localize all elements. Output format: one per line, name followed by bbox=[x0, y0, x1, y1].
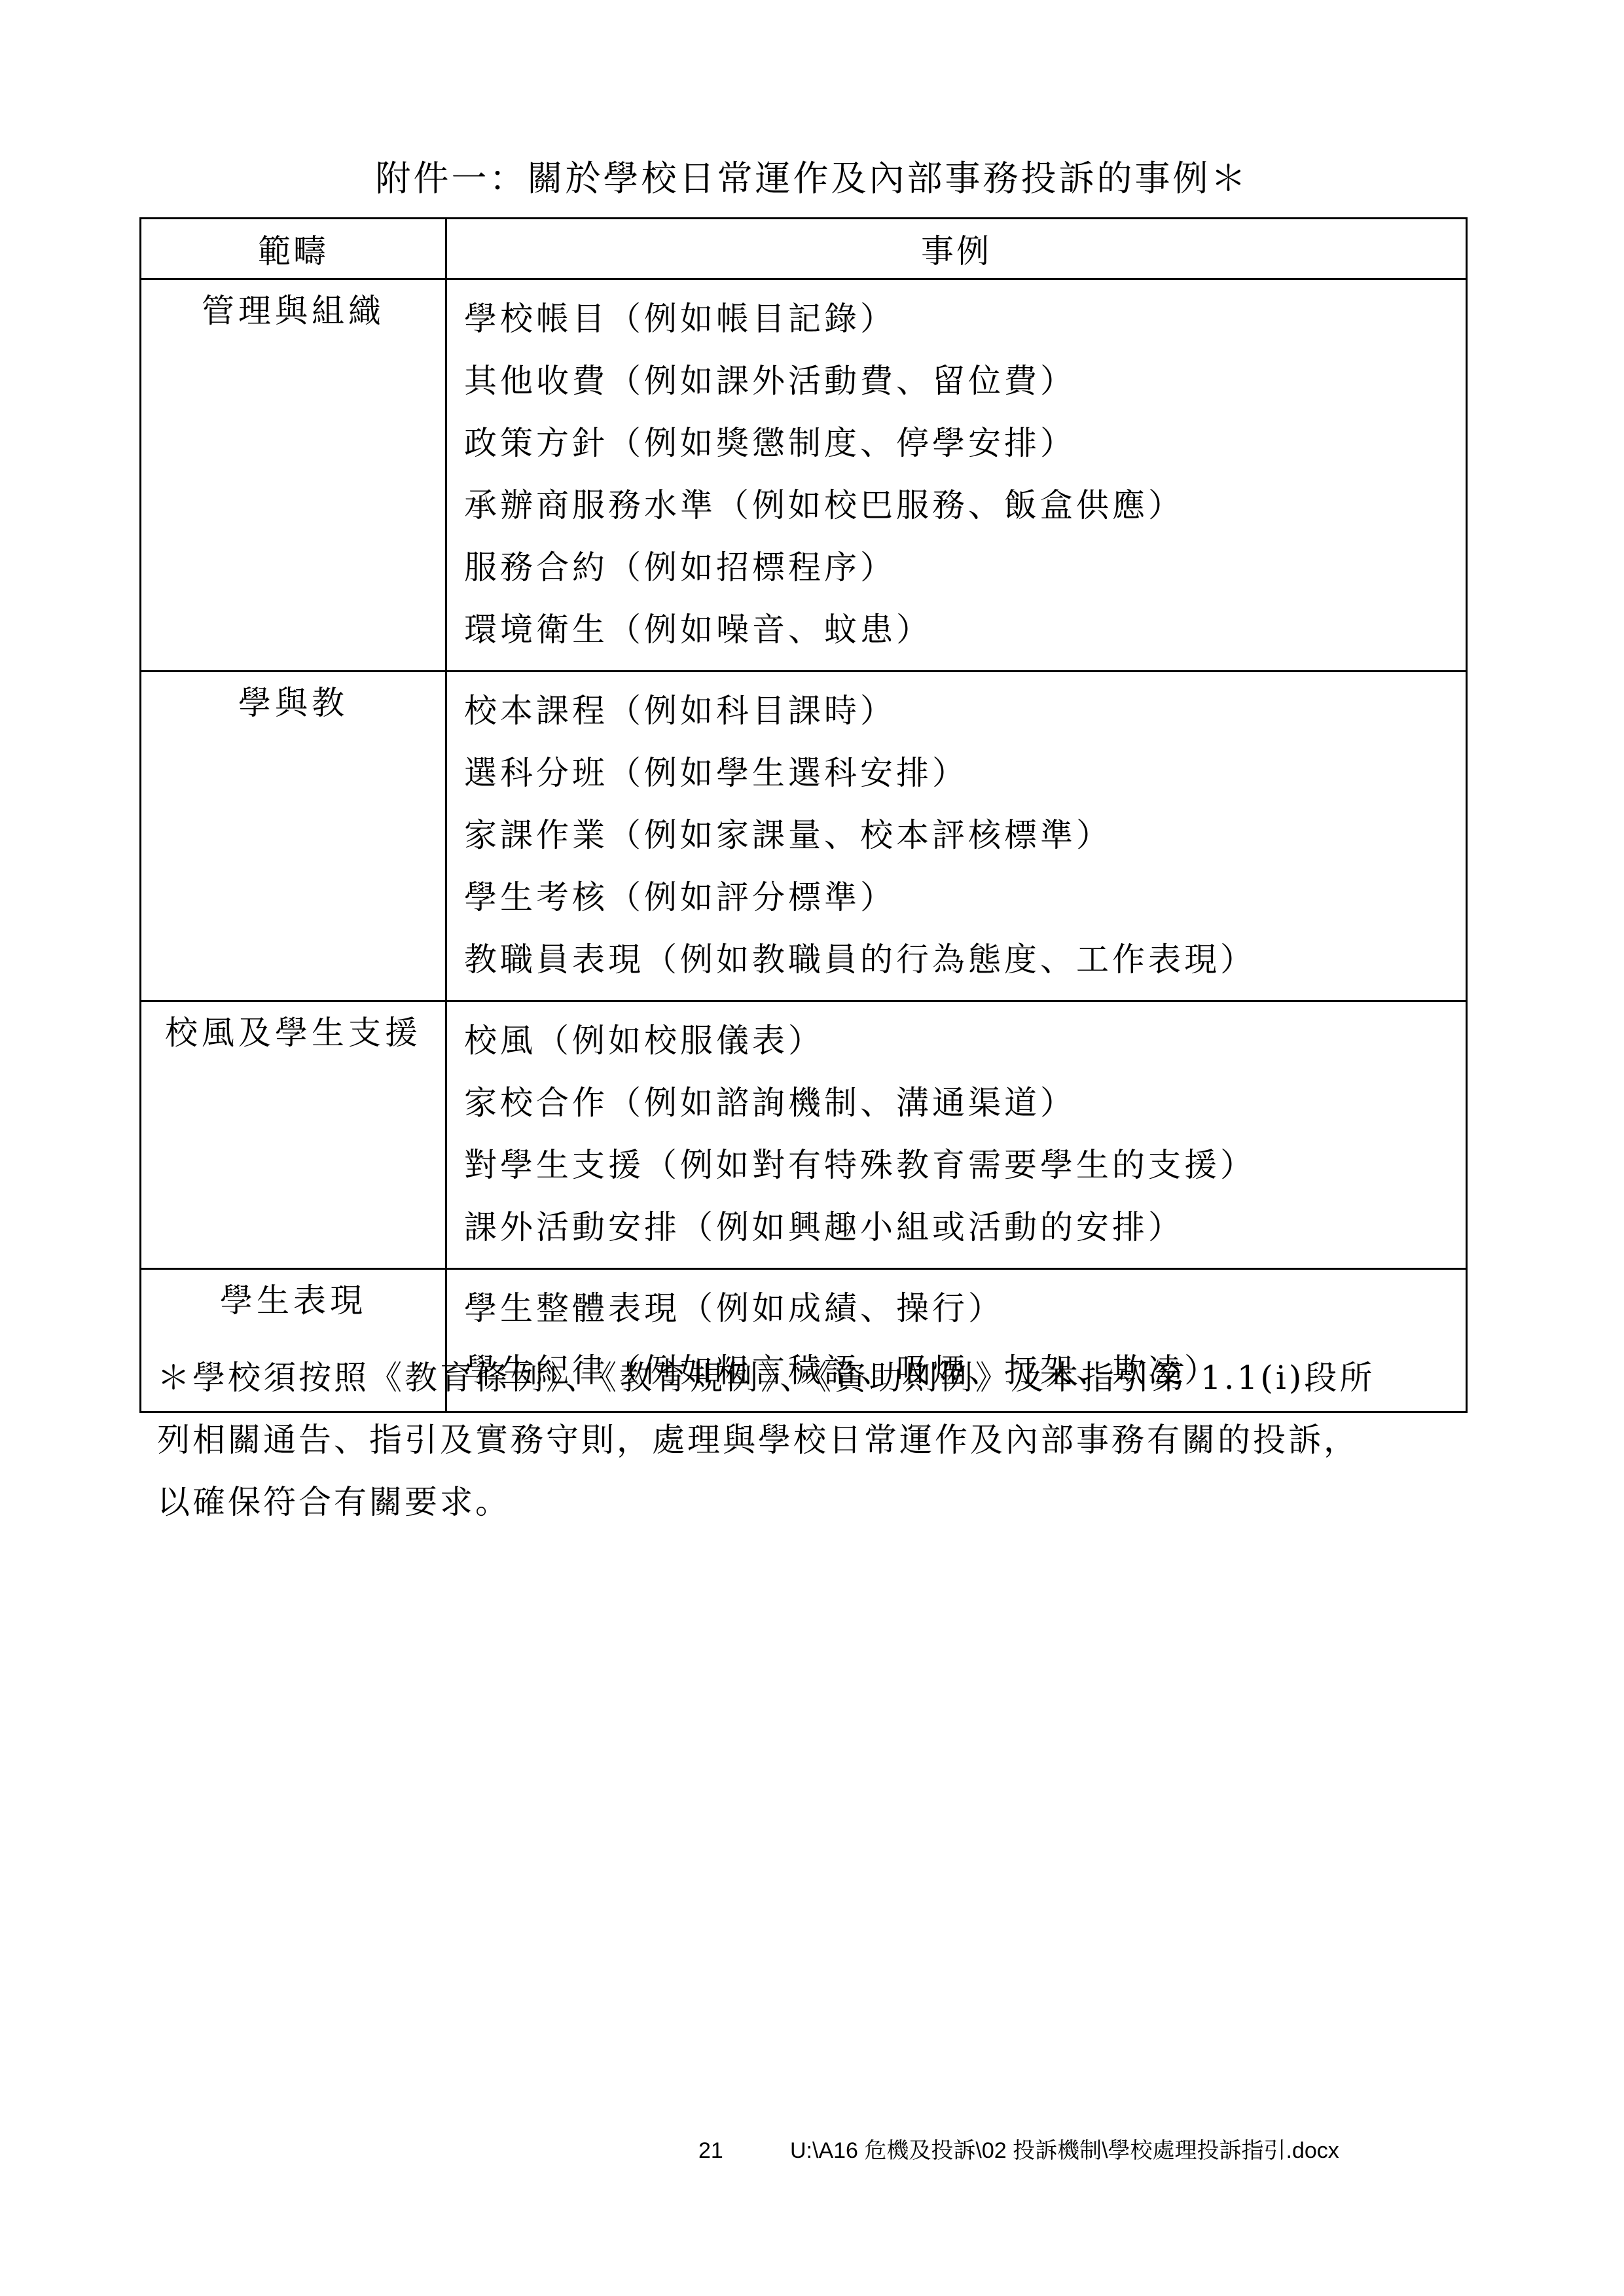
footnote-line: 以確保符合有關要求。 bbox=[157, 1471, 1473, 1534]
example-item: 家課作業（例如家課量、校本評核標準） bbox=[464, 804, 1466, 867]
page-title: 附件一：關於學校日常運作及內部事務投訴的事例＊ bbox=[0, 156, 1624, 202]
examples-cell: 校風（例如校服儀表） 家校合作（例如諮詢機制、溝通渠道） 對學生支援（例如對有特… bbox=[446, 1001, 1467, 1269]
category-label: 學生表現 bbox=[141, 1278, 445, 1324]
category-label: 學與教 bbox=[141, 680, 445, 726]
examples-cell: 校本課程（例如科目課時） 選科分班（例如學生選科安排） 家課作業（例如家課量、校… bbox=[446, 672, 1467, 1001]
example-item: 學生整體表現（例如成績、操行） bbox=[464, 1278, 1466, 1340]
examples-cell: 學校帳目（例如帳目記錄） 其他收費（例如課外活動費、留位費） 政策方針（例如獎懲… bbox=[446, 279, 1467, 672]
header-examples: 事例 bbox=[446, 219, 1467, 279]
table-row: 管理與組織 學校帳目（例如帳目記錄） 其他收費（例如課外活動費、留位費） 政策方… bbox=[141, 279, 1467, 672]
example-item: 家校合作（例如諮詢機制、溝通渠道） bbox=[464, 1072, 1466, 1134]
footnote-line: ＊學校須按照《教育條例》、《教育規例》、《資助則例》及本指引第 1.1(i)段所 bbox=[157, 1347, 1473, 1409]
file-path: U:\A16 危機及投訴\02 投訴機制\學校處理投訴指引.docx bbox=[790, 2138, 1339, 2163]
category-cell: 學與教 bbox=[141, 672, 446, 1001]
example-item: 學校帳目（例如帳目記錄） bbox=[464, 288, 1466, 350]
example-item: 課外活動安排（例如興趣小組或活動的安排） bbox=[464, 1196, 1466, 1259]
complaint-examples-table: 範疇 事例 管理與組織 學校帳目（例如帳目記錄） 其他收費（例如課外活動費、留位… bbox=[139, 217, 1468, 1413]
category-label: 管理與組織 bbox=[141, 288, 445, 334]
category-cell: 管理與組織 bbox=[141, 279, 446, 672]
example-item: 校本課程（例如科目課時） bbox=[464, 680, 1466, 742]
example-item: 環境衛生（例如噪音、蚊患） bbox=[464, 599, 1466, 661]
example-item: 校風（例如校服儀表） bbox=[464, 1010, 1466, 1072]
example-item: 服務合約（例如招標程序） bbox=[464, 537, 1466, 599]
example-item: 政策方針（例如獎懲制度、停學安排） bbox=[464, 412, 1466, 475]
footnote: ＊學校須按照《教育條例》、《教育規例》、《資助則例》及本指引第 1.1(i)段所… bbox=[157, 1347, 1473, 1534]
table-header-row: 範疇 事例 bbox=[141, 219, 1467, 279]
table-row: 學與教 校本課程（例如科目課時） 選科分班（例如學生選科安排） 家課作業（例如家… bbox=[141, 672, 1467, 1001]
example-item: 承辦商服務水準（例如校巴服務、飯盒供應） bbox=[464, 475, 1466, 537]
footnote-line: 列相關通告、指引及實務守則，處理與學校日常運作及內部事務有關的投訴， bbox=[157, 1409, 1473, 1471]
page-number: 21 bbox=[698, 2138, 790, 2164]
example-item: 其他收費（例如課外活動費、留位費） bbox=[464, 350, 1466, 412]
example-item: 選科分班（例如學生選科安排） bbox=[464, 742, 1466, 804]
example-item: 教職員表現（例如教職員的行為態度、工作表現） bbox=[464, 929, 1466, 991]
table-row: 校風及學生支援 校風（例如校服儀表） 家校合作（例如諮詢機制、溝通渠道） 對學生… bbox=[141, 1001, 1467, 1269]
category-cell: 校風及學生支援 bbox=[141, 1001, 446, 1269]
example-item: 學生考核（例如評分標準） bbox=[464, 867, 1466, 929]
category-label: 校風及學生支援 bbox=[141, 1010, 445, 1056]
header-category: 範疇 bbox=[141, 219, 446, 279]
page-footer: 21U:\A16 危機及投訴\02 投訴機制\學校處理投訴指引.docx bbox=[698, 2132, 1339, 2164]
example-item: 對學生支援（例如對有特殊教育需要學生的支援） bbox=[464, 1134, 1466, 1196]
